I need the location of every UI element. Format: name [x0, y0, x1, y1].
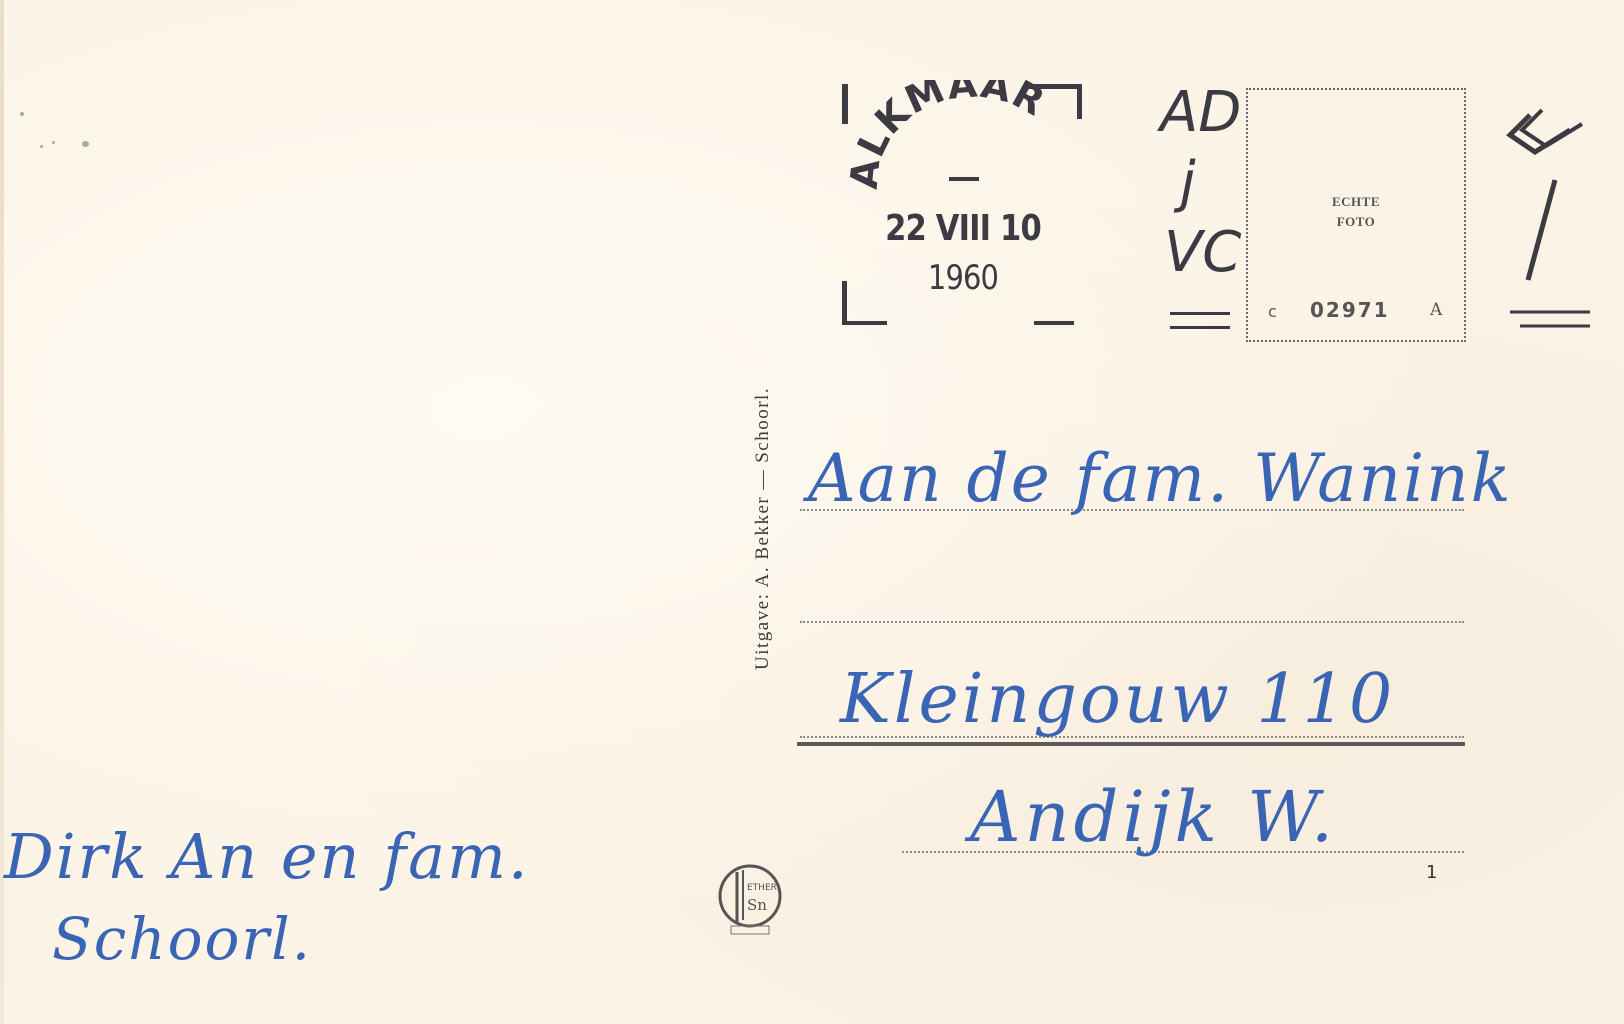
address-line-2: [800, 621, 1464, 623]
code-number: 02971: [1310, 298, 1390, 322]
postmark-city: ALKMAAR: [842, 80, 1053, 191]
sender-note-line2: Schoorl.: [52, 905, 312, 973]
slogan-line: j: [1180, 150, 1196, 215]
slogan-rule: [1170, 312, 1230, 315]
address-underline: [797, 742, 1465, 746]
postmark-year: 1960: [857, 258, 1070, 298]
slogan-line: AD: [1160, 80, 1241, 145]
address-street: Kleingouw 110: [840, 660, 1395, 739]
postmark-dash: [949, 177, 979, 181]
paper-speck: [52, 141, 55, 144]
stamp-box-label-line2: FOTO: [1248, 212, 1464, 232]
address-recipient: Aan de fam. Wanink: [808, 440, 1513, 517]
postmark-frame: [1034, 319, 1074, 325]
paper-speck: [20, 112, 24, 116]
slogan-rule: [1170, 326, 1230, 329]
postmark: ALKMAAR 22 VIII 10 1960: [838, 80, 1088, 335]
stamp-box-label-line1: ECHTE: [1248, 192, 1464, 212]
postcard-back: ALKMAAR 22 VIII 10 1960 AD j VC ECHTE FO…: [0, 0, 1624, 1024]
sender-note-line1: Dirk An en fam.: [4, 820, 530, 893]
code-prefix: c: [1268, 302, 1277, 321]
stamp-box-label: ECHTE FOTO: [1248, 192, 1464, 232]
svg-text:ALKMAAR: ALKMAAR: [842, 80, 1053, 191]
stamp-box: ECHTE FOTO c 02971 A: [1246, 88, 1466, 342]
publisher-logo-icon: ETHER Sn: [717, 862, 783, 938]
code-suffix: A: [1430, 300, 1442, 320]
paper-speck: [40, 145, 43, 148]
svg-text:Sn: Sn: [747, 896, 767, 914]
postmark-date: 22 VIII 10: [857, 208, 1070, 249]
publisher-credit: Uitgave: A. Bekker — Schoorl.: [752, 387, 774, 670]
svg-text:ETHER: ETHER: [747, 883, 777, 893]
slogan-line: VC: [1164, 220, 1241, 285]
paper-speck: [82, 141, 89, 147]
slogan-graphic: [1500, 80, 1590, 340]
print-number: 1: [1426, 862, 1437, 883]
address-town: Andijk W.: [970, 776, 1337, 858]
